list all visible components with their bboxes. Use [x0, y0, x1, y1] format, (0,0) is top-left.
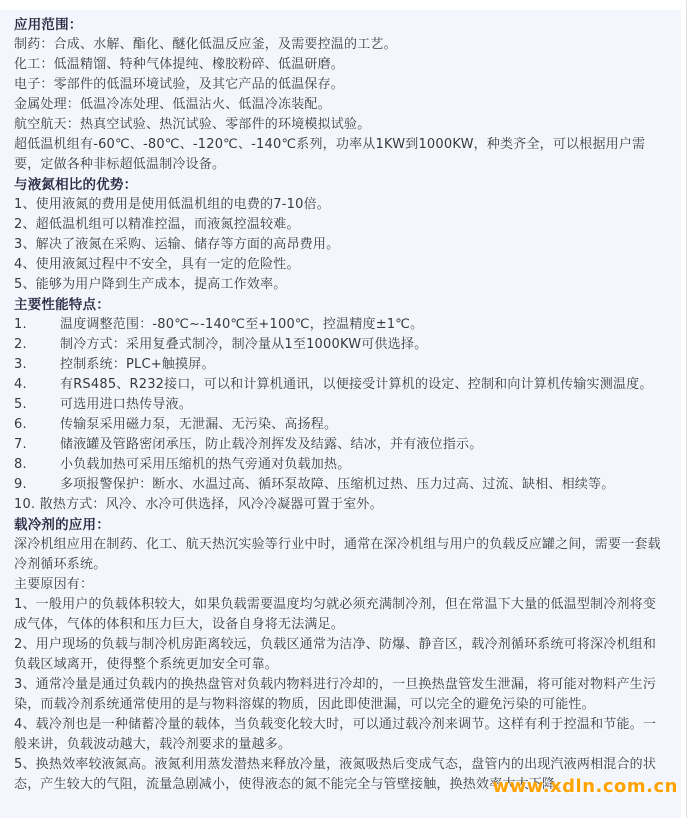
- feature-item: 1.温度调整范围：-80℃~-140℃至+100℃，控温精度±1℃。: [14, 315, 665, 335]
- feature-number: 3.: [14, 355, 60, 375]
- article-body: 应用范围： 制药：合成、水解、酯化、醚化低温反应釜，及需要控温的工艺。 化工：低…: [0, 10, 681, 818]
- feature-text: 制冷方式：采用复叠式制冷，制冷量从1至1000KW可供选择。: [60, 335, 665, 355]
- feature-item: 9.多项报警保护：断水、水温过高、循环泵故障、压缩机过热、压力过高、过流、缺相、…: [14, 475, 665, 495]
- feature-item: 7.储液罐及管路密闭承压，防止载冷剂挥发及结露、结冰，并有液位指示。: [14, 435, 665, 455]
- paragraph-electronics: 电子：零部件的低温环境试验，及其它产品的低温保存。: [14, 75, 665, 95]
- coolant-reason: 3、通常冷量是通过负载内的换热盘管对负载内物料进行冷却的，一旦换热盘管发生泄漏，…: [14, 675, 665, 715]
- feature-number: 5.: [14, 395, 60, 415]
- advantage-item: 3、解决了液氮在采购、运输、储存等方面的高昂费用。: [14, 235, 665, 255]
- feature-text: 温度调整范围：-80℃~-140℃至+100℃，控温精度±1℃。: [60, 315, 665, 335]
- section-heading-advantages: 与液氮相比的优势：: [14, 175, 665, 195]
- feature-number: 9.: [14, 475, 60, 495]
- section-heading-coolant-application: 载冷剂的应用：: [14, 515, 665, 535]
- feature-number: 8.: [14, 455, 60, 475]
- feature-number: 1.: [14, 315, 60, 335]
- feature-text: 传输泵采用磁力泵，无泄漏、无污染、高扬程。: [60, 415, 665, 435]
- feature-text: 可选用进口热传导液。: [60, 395, 665, 415]
- paragraph-unit-series: 超低温机组有-60℃、-80℃、-120℃、-140℃系列，功率从1KW到100…: [14, 135, 665, 175]
- feature-text: 多项报警保护：断水、水温过高、循环泵故障、压缩机过热、压力过高、过流、缺相、相续…: [60, 475, 665, 495]
- feature-number: 6.: [14, 415, 60, 435]
- site-watermark: www.xdln.com.cn: [492, 776, 678, 797]
- advantage-item: 5、能够为用户降到生产成本，提高工作效率。: [14, 275, 665, 295]
- coolant-reason: 2、用户现场的负载与制冷机房距离较远，负载区通常为洁净、防爆、静音区，载冷剂循环…: [14, 635, 665, 675]
- feature-text: 储液罐及管路密闭承压，防止载冷剂挥发及结露、结冰，并有液位指示。: [60, 435, 665, 455]
- coolant-reason: 4、载冷剂也是一种储蓄冷量的载体，当负载变化较大时，可以通过载冷剂来调节。这样有…: [14, 715, 665, 755]
- right-border-rule: [686, 0, 687, 818]
- coolant-reason: 1、一般用户的负载体积较大，如果负载需要温度均匀就必须充满制冷剂，但在常温下大量…: [14, 595, 665, 635]
- feature-text: 控制系统：PLC+触摸屏。: [60, 355, 665, 375]
- advantage-item: 2、超低温机组可以精准控温，而液氮控温较难。: [14, 215, 665, 235]
- feature-item: 4.有RS485、R232接口，可以和计算机通讯，以便接受计算机的设定、控制和向…: [14, 375, 665, 395]
- feature-item: 5.可选用进口热传导液。: [14, 395, 665, 415]
- section-heading-application-scope: 应用范围：: [14, 15, 665, 35]
- coolant-subheading: 主要原因有：: [14, 575, 665, 595]
- feature-item: 3.控制系统：PLC+触摸屏。: [14, 355, 665, 375]
- feature-number: 4.: [14, 375, 60, 395]
- feature-item-10: 10. 散热方式：风冷、水冷可供选择，风冷冷凝器可置于室外。: [14, 495, 665, 515]
- paragraph-pharma: 制药：合成、水解、酯化、醚化低温反应釜，及需要控温的工艺。: [14, 35, 665, 55]
- coolant-intro: 深冷机组应用在制药、化工、航天热沉实验等行业中时，通常在深冷机组与用户的负载反应…: [14, 535, 665, 575]
- paragraph-aerospace: 航空航天：热真空试验、热沉试验、零部件的环境模拟试验。: [14, 115, 665, 135]
- feature-item: 8.小负载加热可采用压缩机的热气旁通对负载加热。: [14, 455, 665, 475]
- paragraph-metal: 金属处理：低温冷冻处理、低温沾火、低温冷冻装配。: [14, 95, 665, 115]
- feature-number: 7.: [14, 435, 60, 455]
- feature-item: 2.制冷方式：采用复叠式制冷，制冷量从1至1000KW可供选择。: [14, 335, 665, 355]
- feature-item: 6.传输泵采用磁力泵，无泄漏、无污染、高扬程。: [14, 415, 665, 435]
- section-heading-features: 主要性能特点：: [14, 295, 665, 315]
- feature-text: 有RS485、R232接口，可以和计算机通讯，以便接受计算机的设定、控制和向计算…: [60, 375, 665, 395]
- advantage-item: 4、使用液氮过程中不安全，具有一定的危险性。: [14, 255, 665, 275]
- feature-number: 2.: [14, 335, 60, 355]
- advantage-item: 1、使用液氮的费用是使用低温机组的电费的7-10倍。: [14, 195, 665, 215]
- feature-text: 小负载加热可采用压缩机的热气旁通对负载加热。: [60, 455, 665, 475]
- paragraph-chemical: 化工：低温精馏、特种气体提纯、橡胶粉碎、低温研磨。: [14, 55, 665, 75]
